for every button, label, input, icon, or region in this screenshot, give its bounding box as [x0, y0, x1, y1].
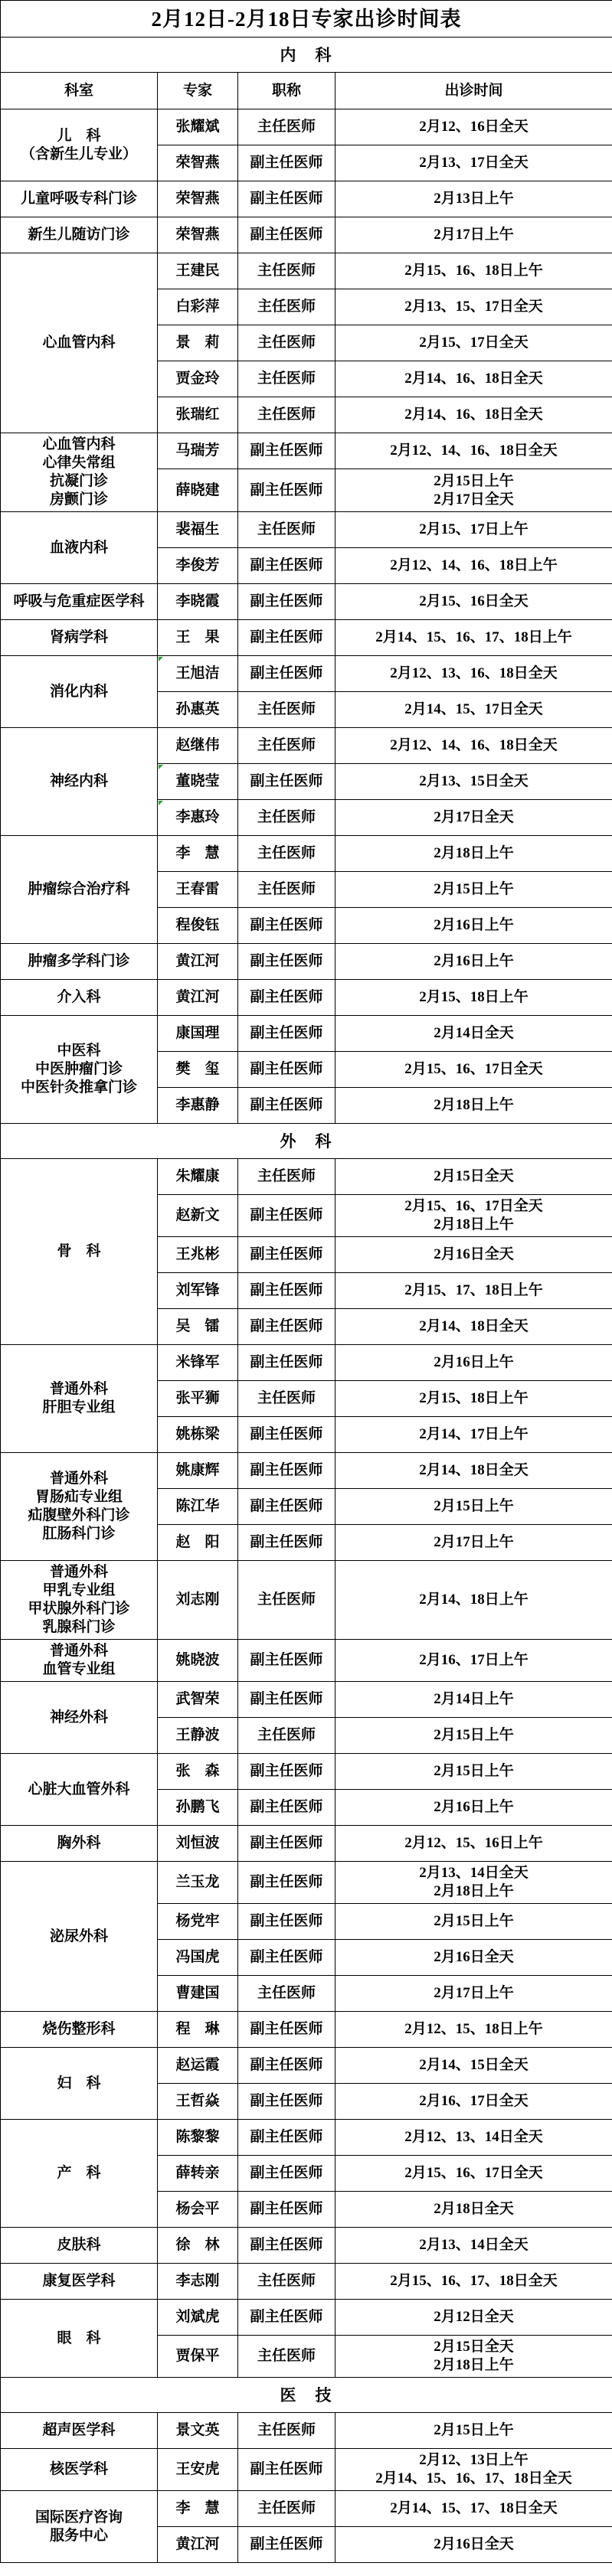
time-cell: 2月13、15、17日全天: [335, 289, 612, 325]
expert-row: 产 科陈黎黎副主任医师2月12、13、14日全天: [1, 2120, 612, 2156]
col-header-0: 科室: [1, 73, 158, 109]
page-title: 2月12日-2月18日专家出诊时间表: [1, 1, 612, 38]
expert-title-cell: 副主任医师: [238, 980, 335, 1016]
expert-name: 姚康辉: [175, 1462, 219, 1478]
time-cell: 2月15、17日全天: [335, 325, 612, 361]
time-cell: 2月15、17、18日上午: [335, 1273, 612, 1309]
expert-name-cell: 赵继伟: [158, 728, 238, 764]
time-cell: 2月18日上午: [335, 836, 612, 872]
expert-title-cell: 副主任医师: [238, 1862, 335, 1904]
expert-title-cell: 副主任医师: [238, 1754, 335, 1790]
expert-name: 赵新文: [175, 1207, 219, 1223]
department-cell: 普通外科 胃肠疝专业组 疝腹壁外科门诊 肛肠科门诊: [1, 1453, 158, 1561]
expert-name: 贾保平: [175, 2348, 219, 2364]
time-cell: 2月15、16、17日全天 2月18日上午: [335, 1195, 612, 1237]
time-cell: 2月16日上午: [335, 908, 612, 944]
expert-name: 陈江华: [175, 1498, 219, 1514]
expert-title-cell: 副主任医师: [238, 1309, 335, 1345]
expert-row: 心血管内科 心律失常组 抗凝门诊 房颤门诊马瑞芳副主任医师2月12、14、16、…: [1, 433, 612, 469]
expert-row: 肾病学科王 果副主任医师2月14、15、16、17、18日上午: [1, 620, 612, 656]
expert-name: 张耀斌: [175, 119, 219, 135]
expert-title-cell: 副主任医师: [238, 217, 335, 253]
department-cell: 国际医疗咨询 服务中心: [1, 2491, 158, 2563]
time-cell: 2月15日上午: [335, 872, 612, 908]
expert-title-cell: 主任医师: [238, 325, 335, 361]
expert-name-cell: 王 果: [158, 620, 238, 656]
expert-name: 王春雷: [175, 881, 219, 897]
expert-title-cell: 主任医师: [238, 512, 335, 548]
expert-name-cell: 荣智燕: [158, 217, 238, 253]
department-cell: 心血管内科: [1, 253, 158, 433]
column-header-row: 科室专家职称出诊时间: [1, 73, 612, 109]
expert-name: 陈黎黎: [175, 2129, 219, 2145]
expert-name: 薛晓建: [175, 482, 219, 498]
expert-name: 王旭洁: [175, 665, 219, 681]
expert-name-cell: 李俊芳: [158, 548, 238, 584]
expert-name: 刘恒波: [175, 1835, 219, 1851]
expert-title-cell: 副主任医师: [238, 1052, 335, 1088]
expert-name-cell: 白彩萍: [158, 289, 238, 325]
cell-corner-mark: [159, 657, 163, 661]
section-header: 内 科: [1, 38, 612, 73]
expert-row: 普通外科 甲乳专业组 甲状腺外科门诊 乳腺科门诊刘志刚主任医师2月14、18日上…: [1, 1561, 612, 1640]
expert-name-cell: 贾保平: [158, 2336, 238, 2378]
time-cell: 2月15、16、18日上午: [335, 253, 612, 289]
department-cell: 产 科: [1, 2120, 158, 2228]
expert-name-cell: 贾金玲: [158, 361, 238, 397]
expert-name: 米锋军: [175, 1354, 219, 1370]
expert-name: 白彩萍: [175, 299, 219, 315]
expert-title-cell: 副主任医师: [238, 2192, 335, 2228]
expert-row: 呼吸与危重症医学科李晓霞副主任医师2月15、16日全天: [1, 584, 612, 620]
department-cell: 肿瘤多学科门诊: [1, 944, 158, 980]
col-header-3: 出诊时间: [335, 73, 612, 109]
expert-title-cell: 主任医师: [238, 1381, 335, 1417]
expert-name: 姚栋梁: [175, 1426, 219, 1442]
time-cell: 2月15日上午: [335, 1718, 612, 1754]
expert-row: 眼 科刘斌虎副主任医师2月12日全天: [1, 2300, 612, 2336]
expert-name: 黄江河: [175, 2536, 219, 2552]
time-cell: 2月16日全天: [335, 2527, 612, 2563]
expert-name-cell: 张平狮: [158, 1381, 238, 1417]
time-cell: 2月14、16、18日全天: [335, 397, 612, 433]
expert-title-cell: 副主任医师: [238, 620, 335, 656]
expert-name-cell: 李 慧: [158, 836, 238, 872]
expert-name: 荣智燕: [175, 191, 219, 207]
expert-schedule-table: 2月12日-2月18日专家出诊时间表内 科科室专家职称出诊时间儿 科 （含新生儿…: [0, 0, 612, 2563]
expert-name: 王安虎: [175, 2461, 219, 2477]
time-cell: 2月12、14、16、18日全天: [335, 728, 612, 764]
expert-name-cell: 陈江华: [158, 1489, 238, 1525]
expert-name-cell: 董晓莹: [158, 764, 238, 800]
expert-title-cell: 副主任医师: [238, 1195, 335, 1237]
expert-name-cell: 王安虎: [158, 2449, 238, 2491]
section-header: 医 技: [1, 2378, 612, 2413]
time-cell: 2月17日上午: [335, 217, 612, 253]
expert-name-cell: 吴 镭: [158, 1309, 238, 1345]
expert-name-cell: 景 莉: [158, 325, 238, 361]
expert-name: 王哲焱: [175, 2093, 219, 2109]
expert-row: 骨 科朱耀康主任医师2月15日全天: [1, 1159, 612, 1195]
expert-row: 儿 科 （含新生儿专业）张耀斌主任医师2月12、16日全天: [1, 109, 612, 145]
expert-name: 朱耀康: [175, 1168, 219, 1184]
expert-name: 兰玉龙: [175, 1874, 219, 1890]
expert-title-cell: 副主任医师: [238, 2156, 335, 2192]
expert-name-cell: 刘志刚: [158, 1561, 238, 1640]
expert-name-cell: 刘军锋: [158, 1273, 238, 1309]
time-cell: 2月12、15、18日上午: [335, 2012, 612, 2048]
expert-name-cell: 王旭洁: [158, 656, 238, 692]
expert-title-cell: 主任医师: [238, 289, 335, 325]
expert-name: 薛转亲: [175, 2165, 219, 2181]
expert-title-cell: 副主任医师: [238, 944, 335, 980]
expert-row: 中医科 中医肿瘤门诊 中医针灸推拿门诊康国理副主任医师2月14日全天: [1, 1016, 612, 1052]
expert-title-cell: 副主任医师: [238, 908, 335, 944]
time-cell: 2月15日上午: [335, 1489, 612, 1525]
col-header-1: 专家: [158, 73, 238, 109]
time-cell: 2月16日上午: [335, 1345, 612, 1381]
expert-name-cell: 张 森: [158, 1754, 238, 1790]
expert-name-cell: 马瑞芳: [158, 433, 238, 469]
expert-name: 孙鹏飞: [175, 1799, 219, 1815]
expert-row: 儿童呼吸专科门诊荣智燕副主任医师2月13日上午: [1, 181, 612, 217]
department-cell: 消化内科: [1, 656, 158, 728]
expert-title-cell: 主任医师: [238, 692, 335, 728]
expert-title-cell: 副主任医师: [238, 2527, 335, 2563]
time-cell: 2月14、18日全天: [335, 1309, 612, 1345]
expert-title-cell: 副主任医师: [238, 1904, 335, 1940]
time-cell: 2月16日上午: [335, 1790, 612, 1826]
time-cell: 2月13、14日全天 2月18日上午: [335, 1862, 612, 1904]
department-cell: 泌尿外科: [1, 1862, 158, 2012]
expert-name-cell: 张耀斌: [158, 109, 238, 145]
expert-row: 妇 科赵运霞副主任医师2月14、15日全天: [1, 2048, 612, 2084]
expert-title-cell: 副主任医师: [238, 1790, 335, 1826]
time-cell: 2月12、14、16、18日全天: [335, 433, 612, 469]
expert-name-cell: 姚晓波: [158, 1640, 238, 1682]
expert-title-cell: 主任医师: [238, 2264, 335, 2300]
expert-title-cell: 副主任医师: [238, 2120, 335, 2156]
expert-name: 黄江河: [175, 953, 219, 969]
expert-row: 核医学科王安虎副主任医师2月12、13日上午 2月14、15、16、17、18日…: [1, 2449, 612, 2491]
time-cell: 2月16日全天: [335, 1237, 612, 1273]
expert-name: 赵 阳: [175, 1534, 219, 1550]
department-cell: 中医科 中医肿瘤门诊 中医针灸推拿门诊: [1, 1016, 158, 1124]
department-cell: 普通外科 血管专业组: [1, 1640, 158, 1682]
department-cell: 胸外科: [1, 1826, 158, 1862]
expert-name-cell: 王哲焱: [158, 2084, 238, 2120]
expert-name: 徐 林: [175, 2237, 219, 2253]
expert-title-cell: 副主任医师: [238, 1640, 335, 1682]
expert-title-cell: 副主任医师: [238, 764, 335, 800]
title-row: 2月12日-2月18日专家出诊时间表: [1, 1, 612, 38]
cell-corner-mark: [159, 801, 163, 805]
expert-title-cell: 副主任医师: [238, 584, 335, 620]
expert-name-cell: 王建民: [158, 253, 238, 289]
time-cell: 2月17日全天: [335, 800, 612, 836]
expert-name-cell: 康国理: [158, 1016, 238, 1052]
expert-name: 李惠静: [175, 1097, 219, 1113]
expert-name: 景 莉: [175, 335, 219, 351]
expert-row: 消化内科王旭洁副主任医师2月12、13、16、18日全天: [1, 656, 612, 692]
expert-title-cell: 副主任医师: [238, 1682, 335, 1718]
expert-title-cell: 副主任医师: [238, 656, 335, 692]
expert-name-cell: 孙鹏飞: [158, 1790, 238, 1826]
expert-row: 国际医疗咨询 服务中心李 慧主任医师2月14、15、17、18日全天: [1, 2491, 612, 2527]
expert-name: 武智荣: [175, 1691, 219, 1707]
expert-title-cell: 主任医师: [238, 2413, 335, 2449]
expert-name-cell: 黄江河: [158, 944, 238, 980]
expert-name: 刘斌虎: [175, 2309, 219, 2325]
expert-title-cell: 主任医师: [238, 2336, 335, 2378]
department-cell: 儿 科 （含新生儿专业）: [1, 109, 158, 181]
expert-title-cell: 副主任医师: [238, 548, 335, 584]
expert-title-cell: 副主任医师: [238, 1417, 335, 1453]
time-cell: 2月14、15、16、17、18日上午: [335, 620, 612, 656]
time-cell: 2月13、17日全天: [335, 145, 612, 181]
expert-row: 皮肤科徐 林副主任医师2月13、14日全天: [1, 2228, 612, 2264]
expert-title-cell: 副主任医师: [238, 2012, 335, 2048]
expert-name: 王兆彬: [175, 1246, 219, 1262]
expert-name-cell: 刘斌虎: [158, 2300, 238, 2336]
expert-row: 介入科黄江河副主任医师2月15、18日上午: [1, 980, 612, 1016]
expert-title-cell: 副主任医师: [238, 1489, 335, 1525]
expert-name: 张 森: [175, 1763, 219, 1779]
time-cell: 2月17日上午: [335, 1976, 612, 2012]
expert-name-cell: 姚康辉: [158, 1453, 238, 1489]
expert-name: 赵继伟: [175, 737, 219, 753]
expert-name-cell: 徐 林: [158, 2228, 238, 2264]
expert-name-cell: 兰玉龙: [158, 1862, 238, 1904]
expert-row: 普通外科 胃肠疝专业组 疝腹壁外科门诊 肛肠科门诊姚康辉副主任医师2月14、18…: [1, 1453, 612, 1489]
expert-name-cell: 朱耀康: [158, 1159, 238, 1195]
expert-name: 曹建国: [175, 1985, 219, 2001]
expert-name: 孙惠英: [175, 701, 219, 717]
time-cell: 2月15、16、17、18日全天: [335, 2264, 612, 2300]
time-cell: 2月14、15、17、18日全天: [335, 2491, 612, 2527]
expert-name-cell: 荣智燕: [158, 181, 238, 217]
department-cell: 烧伤整形科: [1, 2012, 158, 2048]
department-cell: 普通外科 肝胆专业组: [1, 1345, 158, 1453]
expert-name: 李 慧: [175, 2500, 219, 2516]
time-cell: 2月15日全天 2月18日上午: [335, 2336, 612, 2378]
department-cell: 心血管内科 心律失常组 抗凝门诊 房颤门诊: [1, 433, 158, 512]
expert-name-cell: 张瑞红: [158, 397, 238, 433]
expert-name-cell: 李 慧: [158, 2491, 238, 2527]
department-cell: 介入科: [1, 980, 158, 1016]
expert-name: 程 琳: [175, 2021, 219, 2037]
expert-title-cell: 主任医师: [238, 361, 335, 397]
expert-row: 神经内科赵继伟主任医师2月12、14、16、18日全天: [1, 728, 612, 764]
expert-name-cell: 曹建国: [158, 1976, 238, 2012]
expert-row: 心血管内科王建民主任医师2月15、16、18日上午: [1, 253, 612, 289]
time-cell: 2月15日上午 2月17日全天: [335, 469, 612, 512]
expert-name: 李志刚: [175, 2273, 219, 2289]
department-cell: 妇 科: [1, 2048, 158, 2120]
time-cell: 2月14日上午: [335, 1682, 612, 1718]
time-cell: 2月15、17日上午: [335, 512, 612, 548]
expert-title-cell: 主任医师: [238, 1159, 335, 1195]
expert-name-cell: 赵新文: [158, 1195, 238, 1237]
expert-row: 泌尿外科兰玉龙副主任医师2月13、14日全天 2月18日上午: [1, 1862, 612, 1904]
expert-title-cell: 副主任医师: [238, 1525, 335, 1561]
expert-name: 董晓莹: [175, 773, 219, 789]
department-cell: 新生儿随访门诊: [1, 217, 158, 253]
expert-name: 程俊钰: [175, 917, 219, 933]
expert-title-cell: 主任医师: [238, 109, 335, 145]
department-cell: 核医学科: [1, 2449, 158, 2491]
expert-row: 肿瘤综合治疗科李 慧主任医师2月18日上午: [1, 836, 612, 872]
expert-name: 张平狮: [175, 1390, 219, 1406]
expert-name: 杨党牢: [175, 1913, 219, 1929]
time-cell: 2月12日全天: [335, 2300, 612, 2336]
expert-name-cell: 武智荣: [158, 1682, 238, 1718]
expert-title-cell: 主任医师: [238, 253, 335, 289]
time-cell: 2月15、16、17日全天: [335, 2156, 612, 2192]
expert-title-cell: 副主任医师: [238, 2048, 335, 2084]
expert-name: 张瑞红: [175, 406, 219, 423]
expert-name: 樊 玺: [175, 1061, 219, 1077]
department-cell: 肾病学科: [1, 620, 158, 656]
expert-name-cell: 景文英: [158, 2413, 238, 2449]
time-cell: 2月17日上午: [335, 1525, 612, 1561]
time-cell: 2月14、15日全天: [335, 2048, 612, 2084]
department-cell: 普通外科 甲乳专业组 甲状腺外科门诊 乳腺科门诊: [1, 1561, 158, 1640]
time-cell: 2月18日全天: [335, 2192, 612, 2228]
expert-title-cell: 主任医师: [238, 1976, 335, 2012]
department-cell: 神经内科: [1, 728, 158, 836]
expert-row: 胸外科刘恒波副主任医师2月12、15、16日上午: [1, 1826, 612, 1862]
expert-name: 王建民: [175, 263, 219, 279]
expert-name-cell: 陈黎黎: [158, 2120, 238, 2156]
expert-name-cell: 王兆彬: [158, 1237, 238, 1273]
expert-name: 黄江河: [175, 989, 219, 1005]
time-cell: 2月13、14日全天: [335, 2228, 612, 2264]
expert-title-cell: 副主任医师: [238, 1237, 335, 1273]
time-cell: 2月14、15、17日全天: [335, 692, 612, 728]
section-header: 外 科: [1, 1124, 612, 1159]
time-cell: 2月15、18日上午: [335, 1381, 612, 1417]
time-cell: 2月12、15、16日上午: [335, 1826, 612, 1862]
expert-name-cell: 冯国虎: [158, 1940, 238, 1976]
col-header-2: 职称: [238, 73, 335, 109]
department-cell: 呼吸与危重症医学科: [1, 584, 158, 620]
expert-title-cell: 副主任医师: [238, 1453, 335, 1489]
department-cell: 皮肤科: [1, 2228, 158, 2264]
time-cell: 2月16日上午: [335, 944, 612, 980]
time-cell: 2月14、18日全天: [335, 1453, 612, 1489]
department-cell: 超声医学科: [1, 2413, 158, 2449]
expert-name-cell: 程 琳: [158, 2012, 238, 2048]
expert-name: 荣智燕: [175, 227, 219, 243]
time-cell: 2月15日全天: [335, 1159, 612, 1195]
time-cell: 2月16日全天: [335, 1940, 612, 1976]
expert-row: 普通外科 肝胆专业组米锋军副主任医师2月16日上午: [1, 1345, 612, 1381]
expert-name: 贾金玲: [175, 371, 219, 387]
expert-title-cell: 副主任医师: [238, 2300, 335, 2336]
section-header-row: 外 科: [1, 1124, 612, 1159]
expert-name-cell: 程俊钰: [158, 908, 238, 944]
expert-title-cell: 主任医师: [238, 728, 335, 764]
department-cell: 骨 科: [1, 1159, 158, 1345]
expert-name: 吴 镭: [175, 1318, 219, 1334]
expert-name-cell: 米锋军: [158, 1345, 238, 1381]
expert-name: 冯国虎: [175, 1949, 219, 1965]
department-cell: 眼 科: [1, 2300, 158, 2378]
time-cell: 2月13、15日全天: [335, 764, 612, 800]
time-cell: 2月12、13、16、18日全天: [335, 656, 612, 692]
expert-title-cell: 主任医师: [238, 1561, 335, 1640]
department-cell: 血液内科: [1, 512, 158, 584]
expert-name-cell: 赵运霞: [158, 2048, 238, 2084]
expert-name: 李晓霞: [175, 593, 219, 609]
expert-title-cell: 副主任医师: [238, 433, 335, 469]
expert-row: 神经外科武智荣副主任医师2月14日上午: [1, 1682, 612, 1718]
time-cell: 2月15日上午: [335, 1904, 612, 1940]
expert-name-cell: 刘恒波: [158, 1826, 238, 1862]
section-header-row: 医 技: [1, 2378, 612, 2413]
expert-name-cell: 孙惠英: [158, 692, 238, 728]
expert-row: 烧伤整形科程 琳副主任医师2月12、15、18日上午: [1, 2012, 612, 2048]
expert-title-cell: 副主任医师: [238, 2084, 335, 2120]
expert-title-cell: 主任医师: [238, 397, 335, 433]
time-cell: 2月14、17日上午: [335, 1417, 612, 1453]
expert-title-cell: 副主任医师: [238, 1826, 335, 1862]
time-cell: 2月16、17日全天: [335, 2084, 612, 2120]
expert-name-cell: 黄江河: [158, 980, 238, 1016]
cell-corner-mark: [159, 765, 163, 769]
expert-name-cell: 樊 玺: [158, 1052, 238, 1088]
time-cell: 2月13日上午: [335, 181, 612, 217]
expert-row: 心脏大血管外科张 森副主任医师2月15日上午: [1, 1754, 612, 1790]
expert-name: 李俊芳: [175, 557, 219, 573]
expert-name-cell: 黄江河: [158, 2527, 238, 2563]
expert-name-cell: 杨党牢: [158, 1904, 238, 1940]
expert-name: 杨会平: [175, 2201, 219, 2217]
department-cell: 肿瘤综合治疗科: [1, 836, 158, 944]
expert-name-cell: 赵 阳: [158, 1525, 238, 1561]
expert-name-cell: 王春雷: [158, 872, 238, 908]
expert-name-cell: 裴福生: [158, 512, 238, 548]
expert-title-cell: 主任医师: [238, 1718, 335, 1754]
time-cell: 2月15日上午: [335, 1754, 612, 1790]
time-cell: 2月18日上午: [335, 1088, 612, 1124]
expert-title-cell: 副主任医师: [238, 181, 335, 217]
expert-name: 刘军锋: [175, 1282, 219, 1298]
expert-name-cell: 荣智燕: [158, 145, 238, 181]
expert-row: 肿瘤多学科门诊黄江河副主任医师2月16日上午: [1, 944, 612, 980]
expert-title-cell: 主任医师: [238, 872, 335, 908]
expert-name-cell: 王静波: [158, 1718, 238, 1754]
time-cell: 2月14日全天: [335, 1016, 612, 1052]
expert-title-cell: 副主任医师: [238, 1273, 335, 1309]
expert-name-cell: 李志刚: [158, 2264, 238, 2300]
time-cell: 2月12、13、14日全天: [335, 2120, 612, 2156]
department-cell: 神经外科: [1, 1682, 158, 1754]
expert-name: 姚晓波: [175, 1652, 219, 1668]
expert-title-cell: 副主任医师: [238, 145, 335, 181]
expert-title-cell: 副主任医师: [238, 1940, 335, 1976]
schedule-page: 2月12日-2月18日专家出诊时间表内 科科室专家职称出诊时间儿 科 （含新生儿…: [0, 0, 612, 2563]
expert-name: 康国理: [175, 1025, 219, 1041]
time-cell: 2月12、13日上午 2月14、15、16、17、18日全天: [335, 2449, 612, 2491]
expert-title-cell: 主任医师: [238, 836, 335, 872]
expert-title-cell: 副主任医师: [238, 2228, 335, 2264]
expert-name-cell: 李惠玲: [158, 800, 238, 836]
expert-name: 裴福生: [175, 521, 219, 537]
time-cell: 2月12、14、16、18日上午: [335, 548, 612, 584]
expert-name-cell: 姚栋梁: [158, 1417, 238, 1453]
